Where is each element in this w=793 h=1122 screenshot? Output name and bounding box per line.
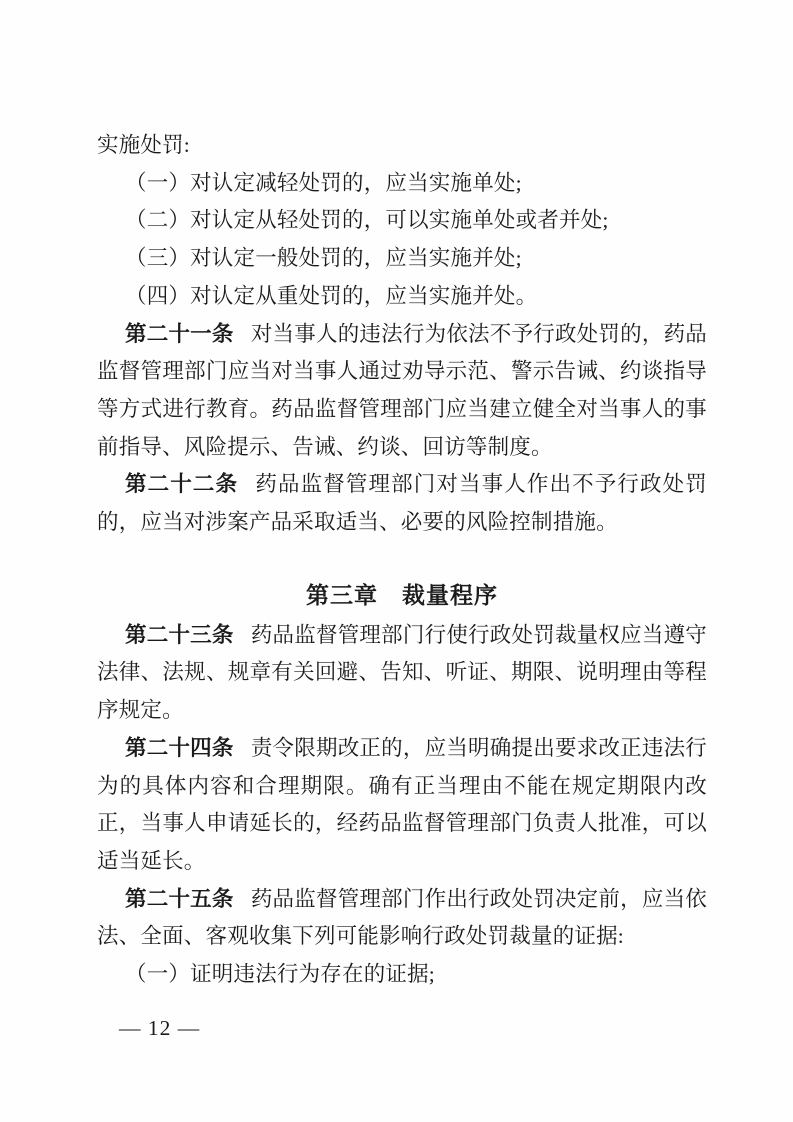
chapter-heading: 第三章 裁量程序 (97, 575, 707, 615)
article-25-paragraph: 第二十五条药品监督管理部门作出行政处罚决定前，应当依法、全面、客观收集下列可能影… (97, 881, 707, 956)
article-24-number: 第二十四条 (125, 736, 234, 760)
article-23-number: 第二十三条 (125, 623, 234, 647)
list-item-5: （一）证明违法行为存在的证据; (97, 956, 707, 994)
page-number: — 12 — (119, 1015, 200, 1041)
list-item-1: （一）对认定减轻处罚的，应当实施单处; (97, 165, 707, 203)
article-23-paragraph: 第二十三条药品监督管理部门行使行政处罚裁量权应当遵守法律、法规、规章有关回避、告… (97, 617, 707, 730)
list-item-3: （三）对认定一般处罚的，应当实施并处; (97, 240, 707, 278)
document-page: 实施处罚: （一）对认定减轻处罚的，应当实施单处; （二）对认定从轻处罚的，可以… (0, 0, 793, 1122)
article-21-paragraph: 第二十一条对当事人的违法行为依法不予行政处罚的，药品监督管理部门应当对当事人通过… (97, 316, 707, 467)
list-item-2: （二）对认定从轻处罚的，可以实施单处或者并处; (97, 202, 707, 240)
list-item-4: （四）对认定从重处罚的，应当实施并处。 (97, 278, 707, 316)
paragraph-continuation: 实施处罚: (97, 127, 707, 165)
document-content: 实施处罚: （一）对认定减轻处罚的，应当实施单处; （二）对认定从轻处罚的，可以… (97, 127, 707, 994)
article-22-paragraph: 第二十二条药品监督管理部门对当事人作出不予行政处罚的，应当对涉案产品采取适当、必… (97, 466, 707, 541)
article-24-paragraph: 第二十四条责令限期改正的，应当明确提出要求改正违法行为的具体内容和合理期限。确有… (97, 730, 707, 881)
article-22-number: 第二十二条 (125, 472, 238, 496)
article-21-number: 第二十一条 (125, 322, 234, 346)
article-25-number: 第二十五条 (125, 887, 234, 911)
